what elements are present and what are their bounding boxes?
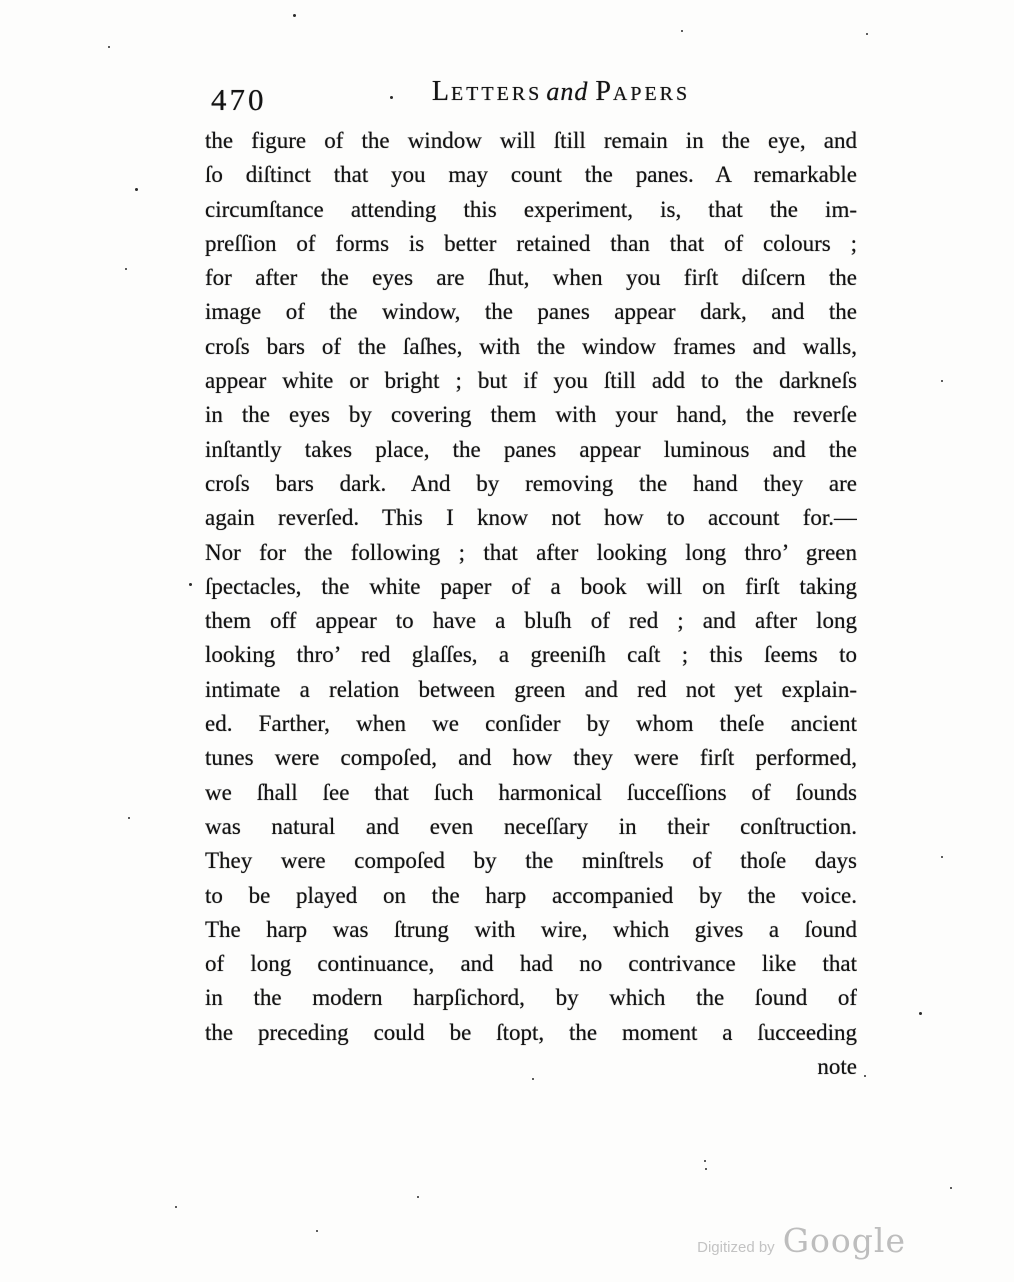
page-text: the figure of the window will ſtill rema… bbox=[205, 124, 857, 1050]
scan-speck bbox=[919, 1012, 922, 1015]
text-line: for after the eyes are ſhut, when you fi… bbox=[205, 261, 857, 295]
text-line: in the modern harpſichord, by which the … bbox=[205, 981, 857, 1015]
scan-speck bbox=[941, 856, 943, 858]
text-line: croſs bars dark. And by removing the han… bbox=[205, 467, 857, 501]
scan-speck bbox=[681, 30, 683, 32]
text-line: intimate a relation between green and re… bbox=[205, 673, 857, 707]
text-line: of long continuance, and had no contriva… bbox=[205, 947, 857, 981]
scan-speck bbox=[125, 268, 127, 270]
text-line: to be played on the harp accompanied by … bbox=[205, 879, 857, 913]
digitized-by-label: Digitized by bbox=[697, 1239, 775, 1256]
text-line: ſpectacles, the white paper of a book wi… bbox=[205, 570, 857, 604]
scanned-book-page: { "page": { "number": "470", "title": { … bbox=[0, 0, 1014, 1282]
scan-speck bbox=[293, 14, 296, 17]
text-line: we ſhall ſee that ſuch harmonical ſucceſ… bbox=[205, 776, 857, 810]
scan-speck bbox=[175, 1206, 177, 1208]
title-conjunction: and bbox=[546, 77, 588, 106]
text-line: ed. Farther, when we conſider by whom th… bbox=[205, 707, 857, 741]
text-line: again reverſed. This I know not how to a… bbox=[205, 501, 857, 535]
running-title: LETTERSandPAPERS bbox=[205, 76, 857, 108]
title-word2-initial: P bbox=[595, 76, 613, 107]
text-line: preſſion of forms is better retained tha… bbox=[205, 227, 857, 261]
scan-speck bbox=[864, 1075, 866, 1077]
text-line: circumſtance attending this experiment, … bbox=[205, 193, 857, 227]
digitized-by-google-watermark: Digitized by Google bbox=[697, 1221, 906, 1260]
text-line: Nor for the following ; that after looki… bbox=[205, 536, 857, 570]
text-line: inſtantly takes place, the panes appear … bbox=[205, 433, 857, 467]
google-logo: Google bbox=[783, 1221, 906, 1260]
text-line: tunes were compoſed, and how they were f… bbox=[205, 741, 857, 775]
scan-speck bbox=[316, 1230, 318, 1232]
title-word2-rest: APERS bbox=[613, 83, 690, 105]
running-head: 470 LETTERSandPAPERS bbox=[205, 76, 857, 124]
text-line: in the eyes by covering them with your h… bbox=[205, 398, 857, 432]
text-line: ſo diſtinct that you may count the panes… bbox=[205, 158, 857, 192]
scan-speck bbox=[866, 33, 868, 35]
title-word1-rest: ETTERS bbox=[451, 83, 542, 105]
page-number: 470 bbox=[211, 82, 267, 118]
scan-speck bbox=[108, 46, 110, 48]
text-line: was natural and even neceſſary in their … bbox=[205, 810, 857, 844]
scan-speck bbox=[950, 1187, 952, 1189]
text-line: the figure of the window will ſtill rema… bbox=[205, 124, 857, 158]
scan-speck bbox=[128, 817, 130, 819]
scan-speck bbox=[135, 188, 138, 191]
text-line: appear white or bright ; but if you ſtil… bbox=[205, 364, 857, 398]
page-content: 470 LETTERSandPAPERS the figure of the w… bbox=[205, 76, 857, 1084]
scan-speck bbox=[941, 380, 943, 382]
scan-speck bbox=[189, 583, 192, 586]
text-line: the preceding could be ſtopt, the moment… bbox=[205, 1016, 857, 1050]
title-word1-initial: L bbox=[432, 76, 451, 107]
scan-speck bbox=[417, 1196, 419, 1198]
text-line: looking thro’ red glaſſes, a greeniſh ca… bbox=[205, 638, 857, 672]
text-line: They were compoſed by the minſtrels of t… bbox=[205, 844, 857, 878]
scan-speck bbox=[705, 1168, 707, 1170]
catchword: note bbox=[205, 1050, 857, 1084]
text-line: croſs bars of the ſaſhes, with the windo… bbox=[205, 330, 857, 364]
text-line: them off appear to have a bluſh of red ;… bbox=[205, 604, 857, 638]
text-line: The harp was ſtrung with wire, which giv… bbox=[205, 913, 857, 947]
text-line: image of the window, the panes appear da… bbox=[205, 295, 857, 329]
scan-speck bbox=[704, 1160, 706, 1162]
